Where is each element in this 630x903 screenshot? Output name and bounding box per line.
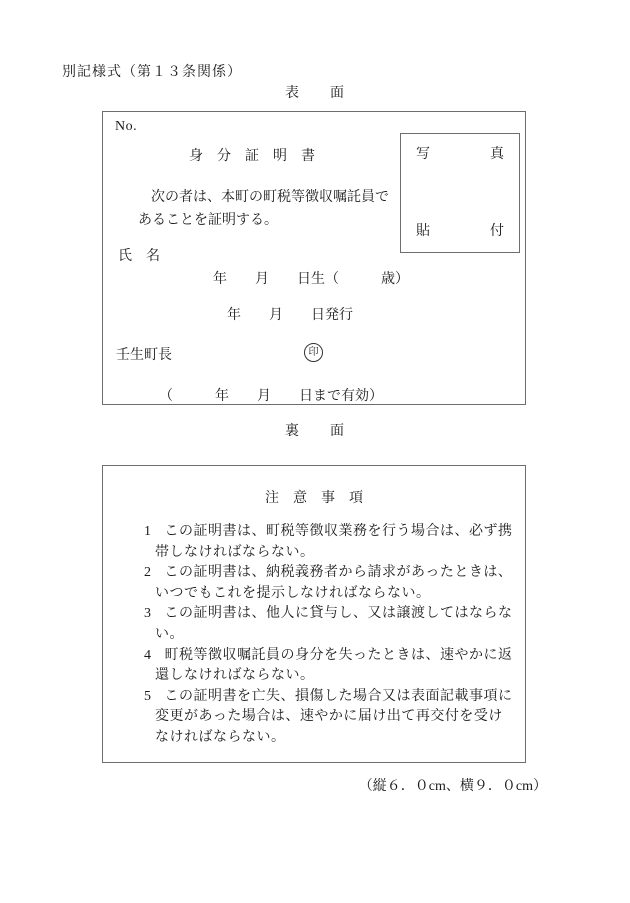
certify-text-line2: あることを証明する。: [138, 209, 278, 229]
notice-item-text: 町税等徴収嘱託員の身分を失ったときは、速やかに返還しなければならない。: [155, 648, 513, 684]
birthdate-field-line: 年 月 日生（ 歳）: [213, 268, 409, 288]
notice-item-2: 2この証明書は、納税義務者から請求があったときは、いつでもこれを提示しなければな…: [103, 563, 513, 604]
card-number-label: No.: [115, 119, 137, 135]
notice-item-text: この証明書を亡失、損傷した場合又は表面記載事項に変更があった場合は、速やかに届け…: [155, 689, 513, 745]
notice-item-number: 1: [144, 524, 152, 539]
form-heading: 別記様式（第１３条関係）: [62, 61, 242, 81]
card-dimensions-note: （縦６．０cm、横９．０cm）: [359, 775, 547, 795]
photo-box-top-row: 写 真: [416, 143, 504, 163]
id-card-back: 注 意 事 項 1この証明書は、町税等徴収業務を行う場合は、必ず携帯しなければな…: [102, 465, 526, 763]
mayor-signature-label: 壬生町長: [116, 344, 172, 364]
notice-item-number: 2: [144, 565, 152, 580]
notice-item-number: 5: [144, 689, 152, 704]
notice-item-number: 3: [144, 606, 152, 621]
photo-box-bottom-row: 貼 付: [416, 220, 504, 240]
notice-list: 1この証明書は、町税等徴収業務を行う場合は、必ず携帯しなければならない。 2この…: [103, 522, 513, 749]
notice-item-4: 4町税等徴収嘱託員の身分を失ったときは、速やかに返還しなければならない。: [103, 646, 513, 687]
photo-label-pu: 付: [490, 220, 504, 240]
notice-title: 注 意 事 項: [103, 487, 525, 507]
notice-item-3: 3この証明書は、他人に貸与し、又は譲渡してはならない。: [103, 604, 513, 645]
seal-character: 印: [305, 344, 322, 361]
back-side-label: 裏 面: [0, 420, 630, 440]
certify-text-line1: 次の者は、本町の町税等徴収嘱託員で: [151, 186, 389, 206]
photo-label-sha: 写: [416, 143, 430, 163]
photo-label-shin: 真: [490, 143, 504, 163]
notice-item-5: 5この証明書を亡失、損傷した場合又は表面記載事項に変更があった場合は、速やかに届…: [103, 687, 513, 749]
notice-item-1: 1この証明書は、町税等徴収業務を行う場合は、必ず携帯しなければならない。: [103, 522, 513, 563]
issue-date-field-line: 年 月 日発行: [227, 304, 353, 324]
seal-mark-icon: 印: [304, 343, 323, 362]
id-card-front: No. 身 分 証 明 書 次の者は、本町の町税等徴収嘱託員で あることを証明す…: [102, 111, 526, 405]
photo-attach-box: 写 真 貼 付: [400, 133, 520, 253]
front-side-label: 表 面: [0, 82, 630, 102]
notice-item-text: この証明書は、納税義務者から請求があったときは、いつでもこれを提示しなければなら…: [155, 565, 512, 601]
notice-item-number: 4: [144, 648, 152, 663]
notice-item-text: この証明書は、他人に貸与し、又は譲渡してはならない。: [155, 606, 513, 642]
photo-label-ten: 貼: [416, 220, 430, 240]
document-page: 別記様式（第１３条関係） 表 面 No. 身 分 証 明 書 次の者は、本町の町…: [0, 0, 630, 903]
notice-item-text: この証明書は、町税等徴収業務を行う場合は、必ず携帯しなければならない。: [155, 524, 513, 560]
card-title: 身 分 証 明 書: [103, 145, 401, 165]
name-field-label: 氏 名: [118, 245, 160, 265]
validity-field-line: （ 年 月 日まで有効）: [159, 385, 383, 405]
